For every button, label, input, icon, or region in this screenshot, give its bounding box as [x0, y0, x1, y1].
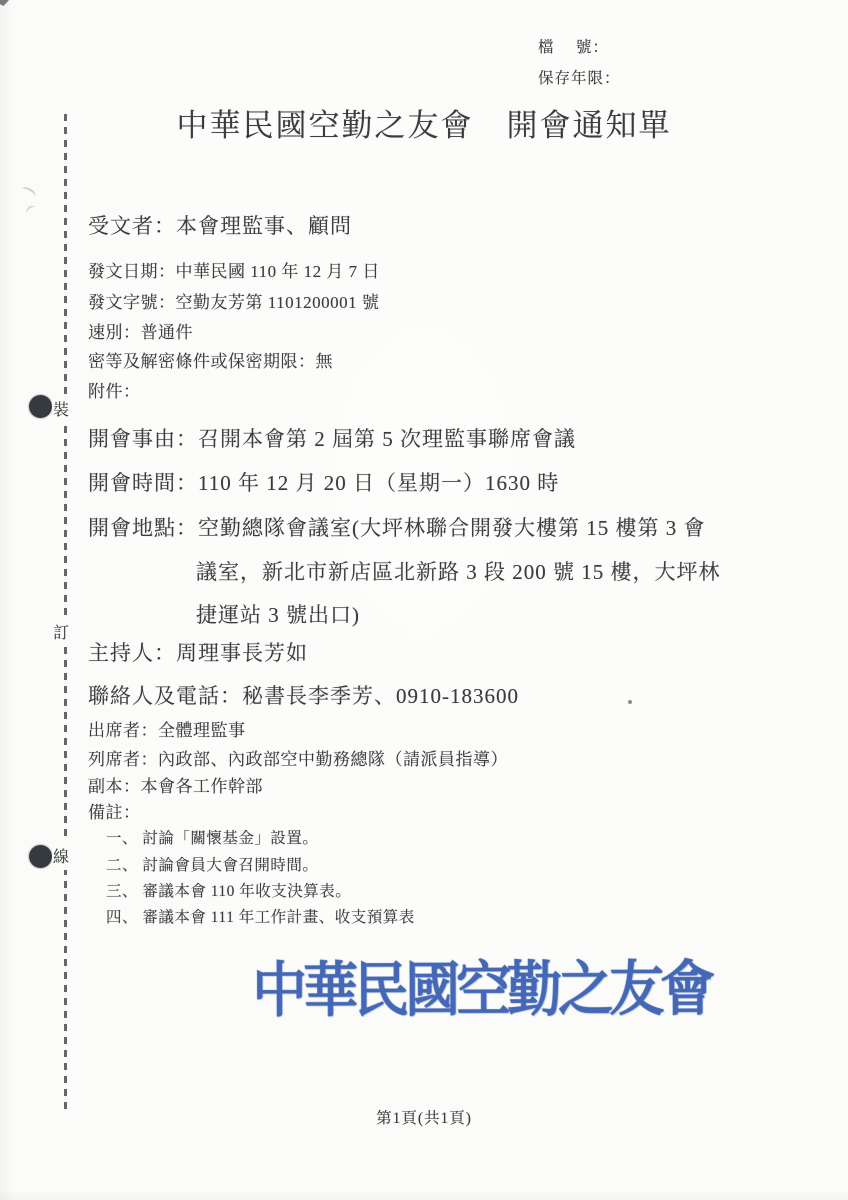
- organization-stamp: 中華民國空勤之友會: [252, 941, 652, 1028]
- security-line: 密等及解密條件或保密期限：無: [88, 347, 333, 372]
- binding-mark-zhuang: 裝: [52, 394, 70, 423]
- attendees-line: 出席者：全體理監事: [88, 716, 246, 741]
- recipient-line: 受文者：本會理監事、顧問: [88, 210, 352, 240]
- note-item-3: 三、 審議本會 110 年收支決算表。: [106, 879, 351, 901]
- meeting-place-line2: 議室，新北市新店區北新路 3 段 200 號 15 樓，大坪林: [196, 556, 721, 586]
- file-number-label: 檔 號：: [538, 32, 621, 63]
- meeting-subject-line: 開會事由：召開本會第 2 屆第 5 次理監事聯席會議: [88, 423, 576, 453]
- meeting-place-line1: 開會地點：空勤總隊會議室(大坪林聯合開發大樓第 15 樓第 3 會: [88, 512, 706, 542]
- note-item-2: 二、 討論會員大會召開時間。: [106, 853, 318, 875]
- pencil-smudge: [19, 185, 38, 201]
- binding-mark-xian: 線: [52, 841, 70, 870]
- binding-dashed-line: [64, 114, 67, 1112]
- attachment-line: 附件：: [88, 377, 141, 402]
- issue-date-line: 發文日期：中華民國 110 年 12 月 7 日: [88, 257, 380, 282]
- scanned-meeting-notice-page: 裝 訂 線 檔 號： 保存年限： 中華民國空勤之友會 開會通知單 受文者：本會理…: [0, 0, 848, 1200]
- binding-mark-ding: 訂: [52, 617, 70, 646]
- note-item-4: 四、 審議本會 111 年工作計畫、收支預算表: [106, 905, 415, 927]
- document-title: 中華民國空勤之友會 開會通知單: [0, 100, 848, 145]
- meeting-place-line3: 捷運站 3 號出口): [196, 599, 360, 629]
- meeting-time-line: 開會時間：110 年 12 月 20 日（星期一）1630 時: [88, 467, 559, 497]
- page-number-footer: 第1頁(共1頁): [0, 1106, 848, 1128]
- speed-line: 速別：普通件: [88, 318, 193, 343]
- note-item-1: 一、 討論「關懷基金」設置。: [106, 826, 318, 848]
- cc-line: 副本：本會各工作幹部: [88, 772, 263, 797]
- doc-number-line: 發文字號：空勤友芳第 1101200001 號: [88, 288, 379, 313]
- retention-period-label: 保存年限：: [538, 63, 621, 94]
- observers-line: 列席者：內政部、內政部空中勤務總隊（請派員指導）: [88, 745, 508, 770]
- scan-speck: [628, 700, 632, 704]
- punch-hole-top: [29, 395, 52, 418]
- scan-corner-artifact: [0, 0, 9, 6]
- corner-label-block: 檔 號： 保存年限：: [538, 32, 621, 94]
- punch-hole-bottom: [29, 845, 52, 868]
- pencil-smudge: [25, 204, 38, 216]
- chairperson-line: 主持人：周理事長芳如: [88, 637, 308, 667]
- contact-line: 聯絡人及電話：秘書長李季芳、0910-183600: [88, 680, 519, 710]
- notes-label-line: 備註：: [88, 798, 141, 823]
